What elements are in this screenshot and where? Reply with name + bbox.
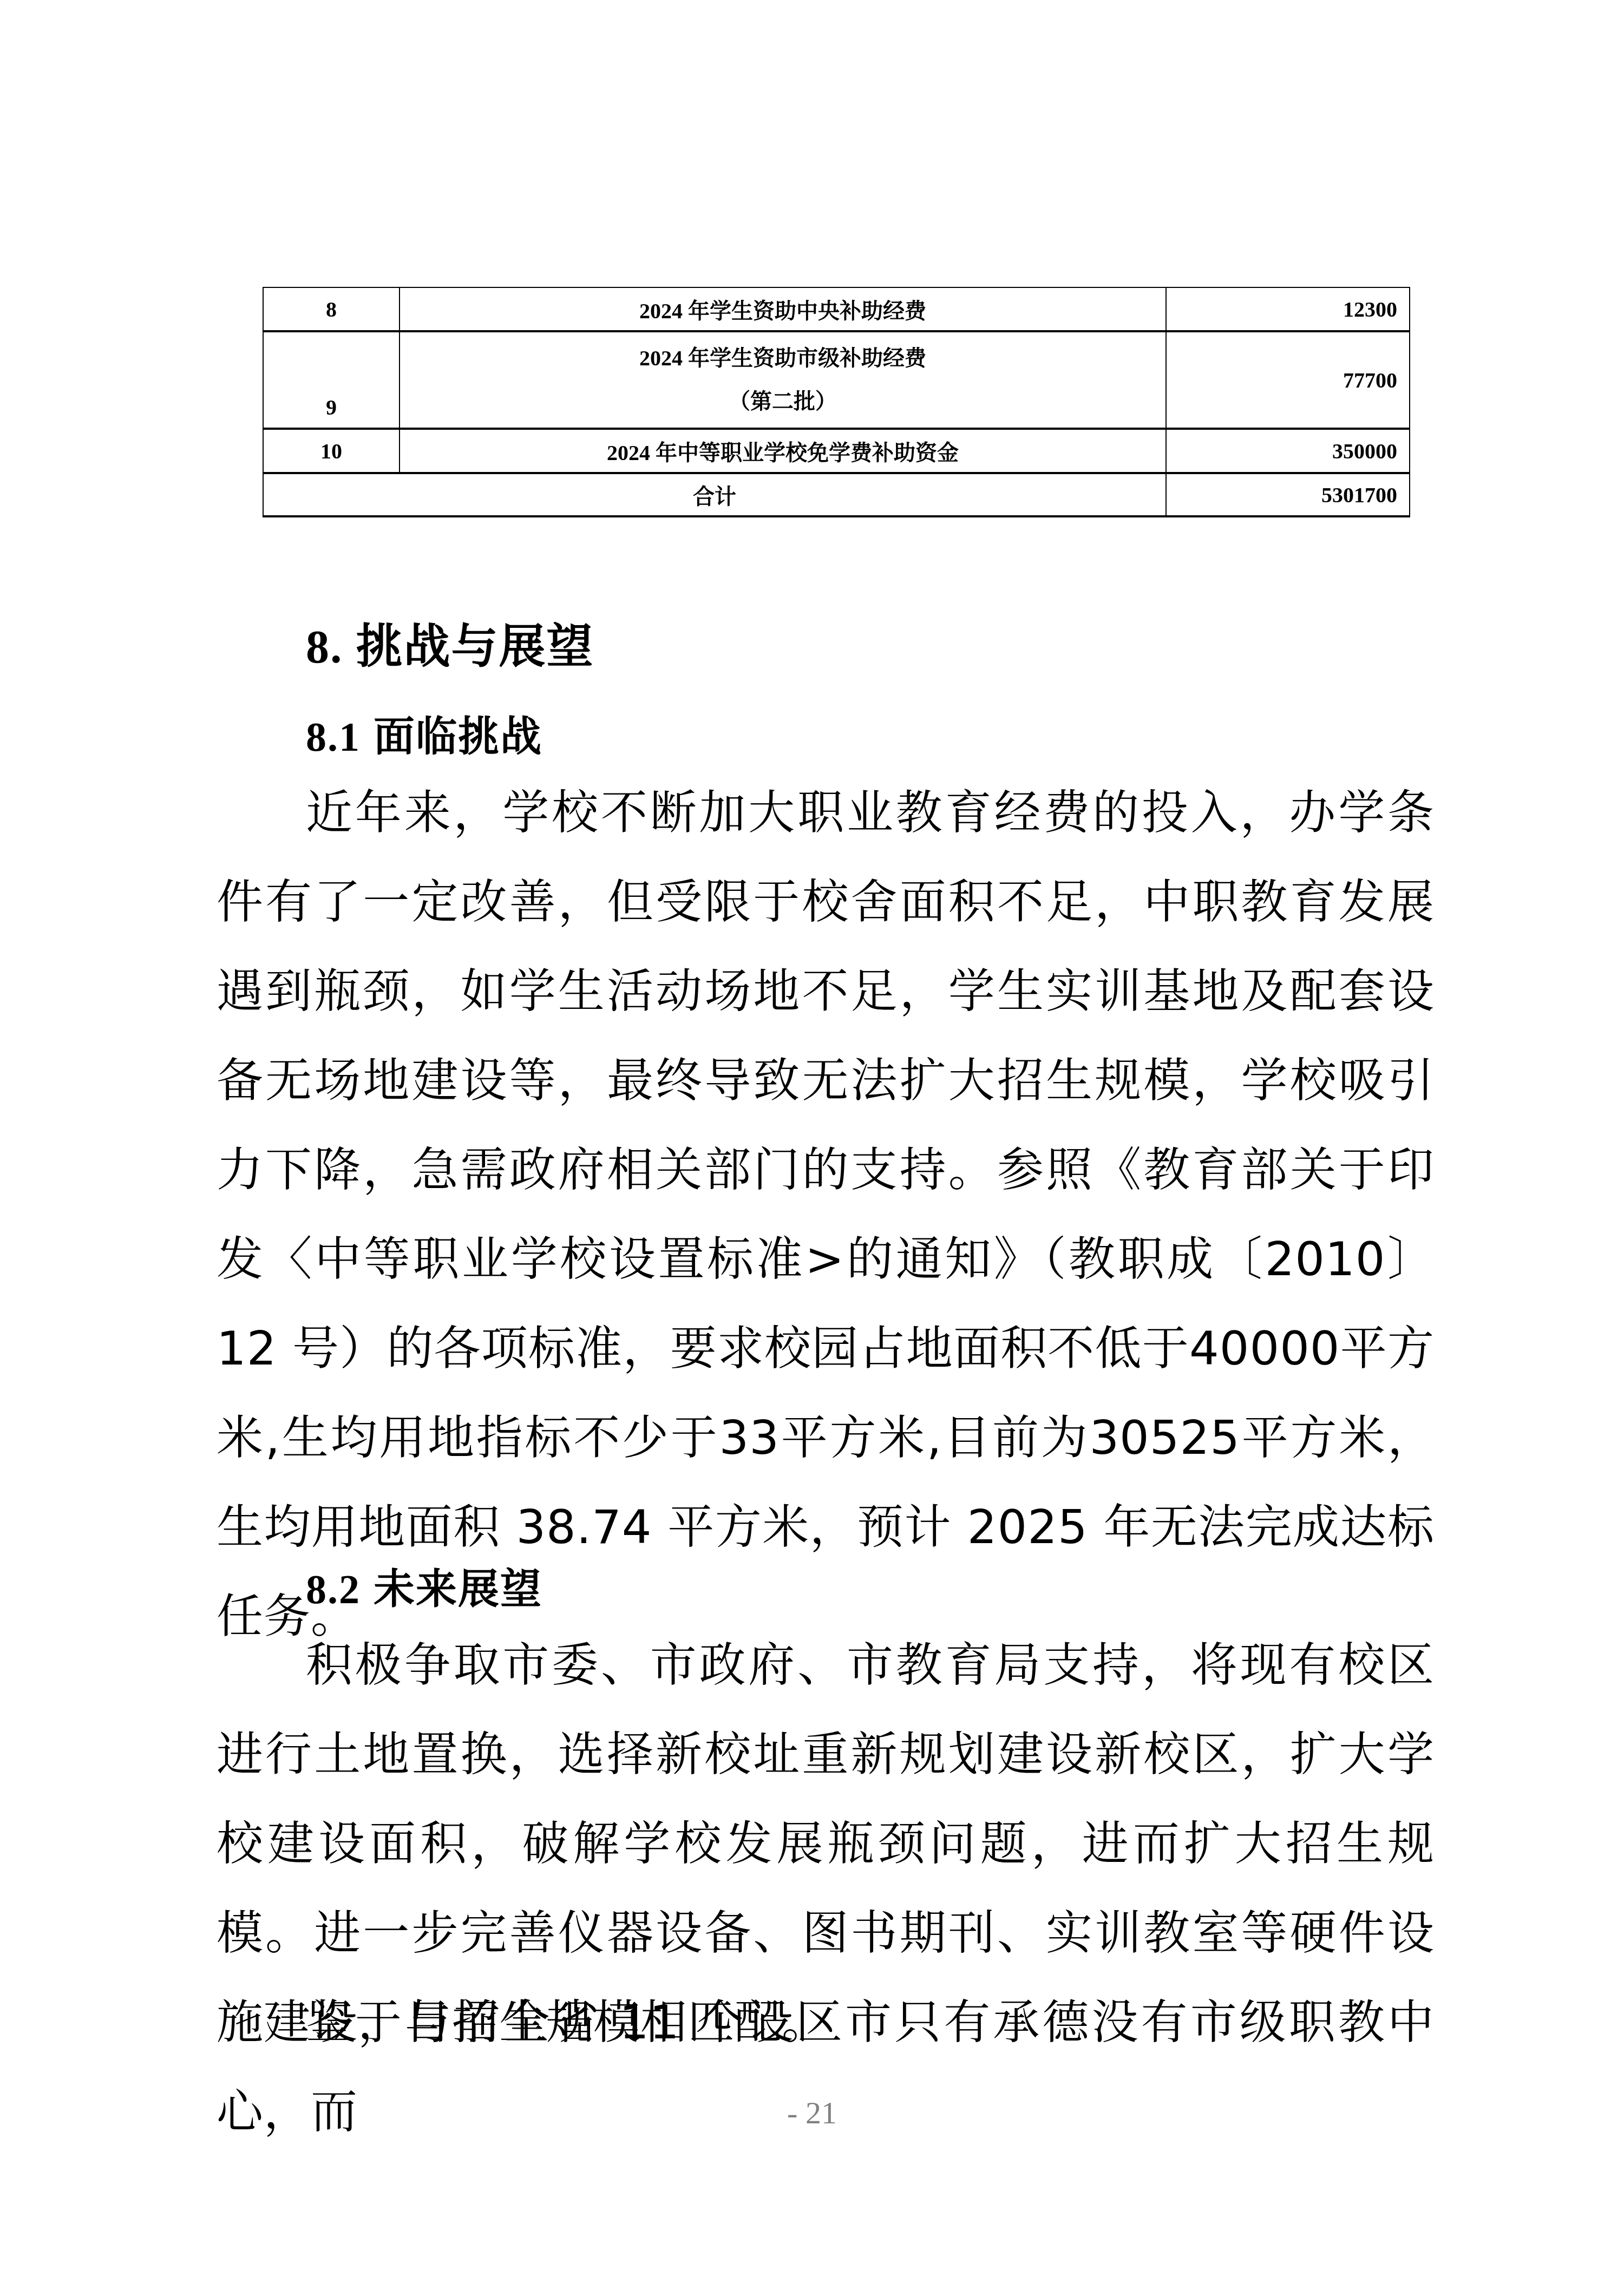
section-title: 挑战与展望: [356, 620, 594, 674]
table-row: 10 2024 年中等职业学校免学费补助资金 350000: [263, 429, 1410, 473]
funding-table: 8 2024 年学生资助中央补助经费 12300 9 2024 年学生资助市级补…: [263, 287, 1410, 517]
total-amount: 5301700: [1166, 473, 1410, 516]
table-row: 8 2024 年学生资助中央补助经费 12300: [263, 287, 1410, 331]
subsection-number: 8.1: [306, 714, 361, 760]
subsection-heading: 8.2未来展望: [306, 1556, 542, 1615]
fund-amount: 77700: [1166, 331, 1410, 429]
fund-name: 2024 年学生资助中央补助经费: [400, 287, 1166, 331]
fund-amount: 12300: [1166, 287, 1410, 331]
total-label: 合计: [263, 473, 1166, 516]
subsection-number: 8.2: [306, 1567, 361, 1612]
page-number: - 21: [0, 2095, 1624, 2131]
subsection-heading: 8.1面临挑战: [306, 704, 542, 763]
section-number: 8.: [306, 621, 343, 673]
row-number: 10: [263, 429, 400, 473]
fund-name-line1: 2024 年学生资助市级补助经费: [412, 337, 1154, 380]
fund-name: 2024 年学生资助市级补助经费 （第二批）: [400, 331, 1166, 429]
row-number: 8: [263, 287, 400, 331]
subsection-title: 未来展望: [374, 1565, 542, 1613]
section-heading: 8.挑战与展望: [306, 609, 594, 676]
table-row: 9 2024 年学生资助市级补助经费 （第二批） 77700: [263, 331, 1410, 429]
fund-name: 2024 年中等职业学校免学费补助资金: [400, 429, 1166, 473]
subsection-title: 面临挑战: [374, 712, 542, 760]
paragraph: 近年来，学校不断加大职业教育经费的投入，办学条件有了一定改善，但受限于校舍面积不…: [217, 769, 1435, 1662]
table-total-row: 合计 5301700: [263, 473, 1410, 516]
fund-name-line2: （第二批）: [412, 380, 1154, 423]
row-number: 9: [263, 331, 400, 429]
fund-amount: 350000: [1166, 429, 1410, 473]
